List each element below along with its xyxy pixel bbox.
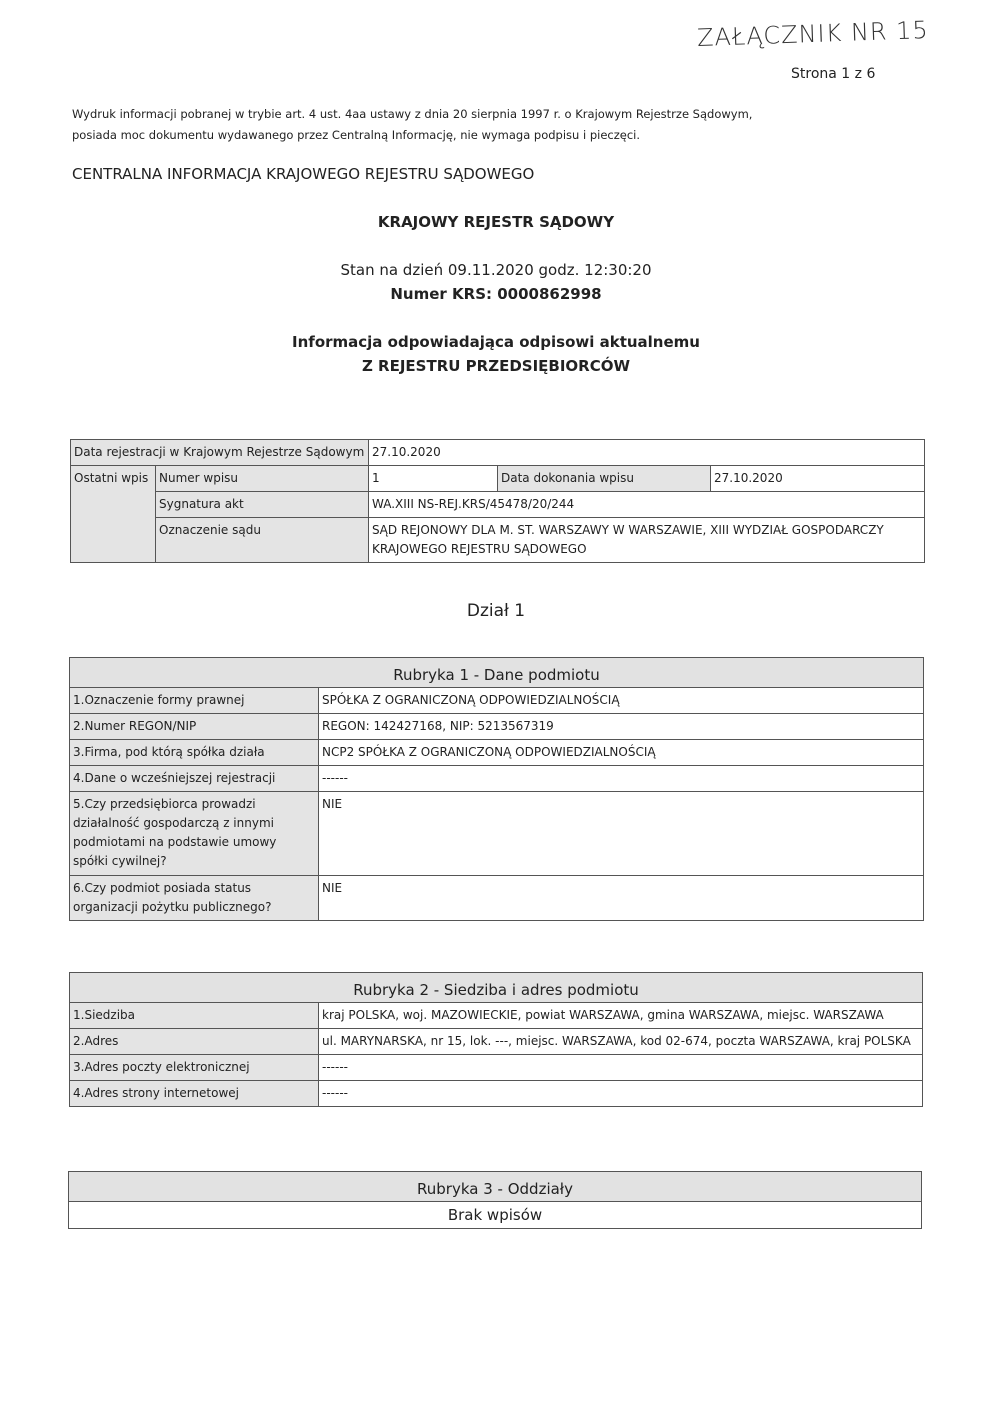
rubryka-1-table: Rubryka 1 - Dane podmiotu 1.Oznaczenie f…	[69, 657, 924, 921]
row-label: 2.Numer REGON/NIP	[70, 714, 319, 740]
table-row: Brak wpisów	[69, 1202, 922, 1229]
court-value-line-1: SĄD REJONOWY DLA M. ST. WARSZAWY W WARSZ…	[372, 521, 921, 540]
registry-title: KRAJOWY REJESTR SĄDOWY	[0, 213, 992, 231]
file-sig-value: WA.XIII NS-REJ.KRS/45478/20/244	[369, 492, 925, 518]
table-row: 3.Adres poczty elektronicznej ------	[70, 1055, 923, 1081]
rubryka-2-title: Rubryka 2 - Siedziba i adres podmiotu	[70, 973, 923, 1003]
row-label: 4.Adres strony internetowej	[70, 1081, 319, 1107]
entry-number-value: 1	[369, 466, 498, 492]
row-value: ------	[319, 766, 924, 792]
row-label: 4.Dane o wcześniejszej rejestracji	[70, 766, 319, 792]
table-row: Oznaczenie sądu SĄD REJONOWY DLA M. ST. …	[71, 518, 925, 563]
row-value: NIE	[319, 792, 924, 876]
row-value: NIE	[319, 876, 924, 921]
info-title-line-2: Z REJESTRU PRZEDSIĘBIORCÓW	[0, 357, 992, 375]
rubryka-3-value: Brak wpisów	[69, 1202, 922, 1229]
page-number: Strona 1 z 6	[791, 66, 875, 82]
table-row: Ostatni wpis Numer wpisu 1 Data dokonani…	[71, 466, 925, 492]
row-value: kraj POLSKA, woj. MAZOWIECKIE, powiat WA…	[319, 1003, 923, 1029]
table-row: Data rejestracji w Krajowym Rejestrze Są…	[71, 440, 925, 466]
entry-number-label: Numer wpisu	[156, 466, 369, 492]
row-label: 1.Siedziba	[70, 1003, 319, 1029]
court-value: SĄD REJONOWY DLA M. ST. WARSZAWY W WARSZ…	[369, 518, 925, 563]
disclaimer: Wydruk informacji pobranej w trybie art.…	[72, 104, 792, 146]
row-value: REGON: 142427168, NIP: 5213567319	[319, 714, 924, 740]
table-row: 5.Czy przedsiębiorca prowadzi działalnoś…	[70, 792, 924, 876]
table-row: 1.Siedziba kraj POLSKA, woj. MAZOWIECKIE…	[70, 1003, 923, 1029]
rubryka-3-table: Rubryka 3 - Oddziały Brak wpisów	[68, 1171, 922, 1229]
handwritten-annotation: ZAŁĄCZNIK NR 15	[697, 16, 930, 52]
table-row: 4.Adres strony internetowej ------	[70, 1081, 923, 1107]
reg-date-value: 27.10.2020	[369, 440, 925, 466]
krs-number: Numer KRS: 0000862998	[0, 285, 992, 303]
row-label: 3.Adres poczty elektronicznej	[70, 1055, 319, 1081]
rubryka-2-header: Rubryka 2 - Siedziba i adres podmiotu	[70, 973, 923, 1003]
rubryka-1-title: Rubryka 1 - Dane podmiotu	[70, 658, 924, 688]
rubryka-1-header: Rubryka 1 - Dane podmiotu	[70, 658, 924, 688]
state-date: Stan na dzień 09.11.2020 godz. 12:30:20	[0, 261, 992, 279]
rubryka-2-table: Rubryka 2 - Siedziba i adres podmiotu 1.…	[69, 972, 923, 1107]
row-label: 6.Czy podmiot posiada status organizacji…	[70, 876, 319, 921]
disclaimer-line-2: posiada moc dokumentu wydawanego przez C…	[72, 125, 792, 146]
table-row: 6.Czy podmiot posiada status organizacji…	[70, 876, 924, 921]
court-label: Oznaczenie sądu	[156, 518, 369, 563]
row-value: SPÓŁKA Z OGRANICZONĄ ODPOWIEDZIALNOŚCIĄ	[319, 688, 924, 714]
file-sig-label: Sygnatura akt	[156, 492, 369, 518]
disclaimer-line-1: Wydruk informacji pobranej w trybie art.…	[72, 104, 792, 125]
reg-date-label: Data rejestracji w Krajowym Rejestrze Są…	[71, 440, 369, 466]
organization-heading: CENTRALNA INFORMACJA KRAJOWEGO REJESTRU …	[72, 165, 534, 183]
row-label: 2.Adres	[70, 1029, 319, 1055]
table-row: Sygnatura akt WA.XIII NS-REJ.KRS/45478/2…	[71, 492, 925, 518]
rubryka-3-header: Rubryka 3 - Oddziały	[69, 1172, 922, 1202]
rubryka-3-title: Rubryka 3 - Oddziały	[69, 1172, 922, 1202]
row-value: ul. MARYNARSKA, nr 15, lok. ---, miejsc.…	[319, 1029, 923, 1055]
info-title-line-1: Informacja odpowiadająca odpisowi aktual…	[0, 333, 992, 351]
row-value: ------	[319, 1055, 923, 1081]
court-value-line-2: KRAJOWEGO REJESTRU SĄDOWEGO	[372, 540, 921, 559]
entry-date-label: Data dokonania wpisu	[498, 466, 711, 492]
row-value: NCP2 SPÓŁKA Z OGRANICZONĄ ODPOWIEDZIALNO…	[319, 740, 924, 766]
table-row: 2.Numer REGON/NIP REGON: 142427168, NIP:…	[70, 714, 924, 740]
row-value: ------	[319, 1081, 923, 1107]
table-row: 4.Dane o wcześniejszej rejestracji -----…	[70, 766, 924, 792]
row-label: 5.Czy przedsiębiorca prowadzi działalnoś…	[70, 792, 319, 876]
entry-date-value: 27.10.2020	[711, 466, 925, 492]
table-row: 2.Adres ul. MARYNARSKA, nr 15, lok. ---,…	[70, 1029, 923, 1055]
table-row: 1.Oznaczenie formy prawnej SPÓŁKA Z OGRA…	[70, 688, 924, 714]
registration-table: Data rejestracji w Krajowym Rejestrze Są…	[70, 439, 925, 563]
row-label: 3.Firma, pod którą spółka działa	[70, 740, 319, 766]
last-entry-label: Ostatni wpis	[71, 466, 156, 563]
section-title: Dział 1	[0, 601, 992, 621]
row-label: 1.Oznaczenie formy prawnej	[70, 688, 319, 714]
table-row: 3.Firma, pod którą spółka działa NCP2 SP…	[70, 740, 924, 766]
